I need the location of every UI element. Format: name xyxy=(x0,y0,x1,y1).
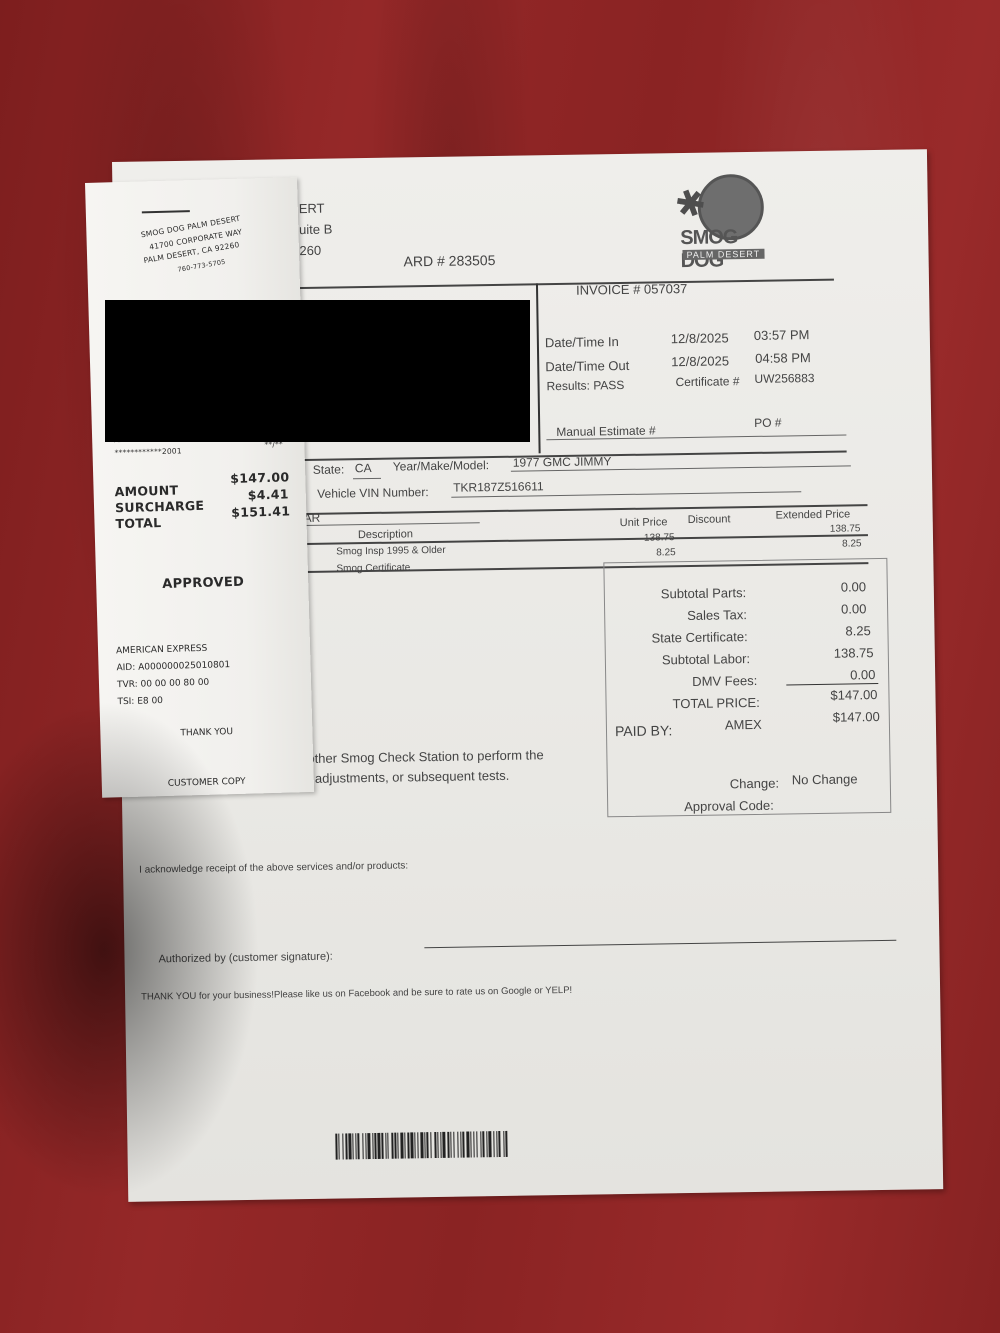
signature-line[interactable] xyxy=(424,940,896,948)
receipt-thank-you: THANK YOU xyxy=(180,727,233,738)
receipt-amount-value: $147.00 xyxy=(230,469,289,486)
total-price-label: TOTAL PRICE: xyxy=(672,695,759,711)
change-label: Change: xyxy=(730,776,779,792)
time-in: 03:57 PM xyxy=(754,327,810,343)
smog-dog-logo: ✱ SMOG DOG PALM DESERT xyxy=(667,174,778,266)
approval-code-label: Approval Code: xyxy=(684,798,774,814)
state-value: CA xyxy=(355,461,372,475)
subtotal-labor-label: Subtotal Labor: xyxy=(662,651,750,667)
ymm-label: Year/Make/Model: xyxy=(393,458,489,474)
total-price-value: $147.00 xyxy=(830,687,877,703)
disclaimer-line-1: other Smog Check Station to perform the xyxy=(307,747,544,766)
state-certificate-label: State Certificate: xyxy=(651,629,747,646)
totals-box: Subtotal Parts: 0.00 Sales Tax: 0.00 Sta… xyxy=(603,558,891,817)
row-extended-price: 138.75 xyxy=(830,523,861,534)
row-unit-price: 138.75 xyxy=(644,532,675,543)
receipt-card-brand: AMERICAN EXPRESS xyxy=(116,644,207,657)
receipt-aid: AID: A000000025010801 xyxy=(116,660,230,673)
footer-thank-you: THANK YOU for your business!Please like … xyxy=(141,985,572,1003)
po-label: PO # xyxy=(754,416,782,430)
state-certificate-value: 8.25 xyxy=(845,623,871,638)
receipt-total-label: TOTAL xyxy=(115,515,161,531)
change-value: No Change xyxy=(792,771,858,787)
row-description: Smog Certificate xyxy=(336,562,410,574)
date-time-out-label: Date/Time Out xyxy=(545,358,629,374)
receipt-tvr: TVR: 00 00 00 80 00 xyxy=(117,678,209,691)
state-underline xyxy=(353,478,381,479)
fragment-underline xyxy=(304,522,480,526)
paid-by-value: $147.00 xyxy=(833,709,880,725)
time-out: 04:58 PM xyxy=(755,350,811,366)
card-receipt: SMOG DOG PALM DESERT 41700 CORPORATE WAY… xyxy=(85,177,314,798)
certificate-label: Certificate # xyxy=(675,374,739,389)
header-divider xyxy=(536,283,541,453)
ard-number: ARD # 283505 xyxy=(403,252,495,269)
subtotal-parts-value: 0.00 xyxy=(841,579,867,594)
receipt-tsi: TSI: E8 00 xyxy=(117,696,163,707)
date-out: 12/8/2025 xyxy=(671,353,729,369)
col-unit-price: Unit Price xyxy=(620,516,668,529)
subtotal-parts-label: Subtotal Parts: xyxy=(661,585,747,601)
signature-label: Authorized by (customer signature): xyxy=(158,951,332,966)
results-pass: Results: PASS xyxy=(546,378,624,393)
acknowledge-text: I acknowledge receipt of the above servi… xyxy=(139,860,408,875)
subtotal-labor-value: 138.75 xyxy=(834,645,874,661)
col-description: Description xyxy=(358,528,413,541)
vin-label: Vehicle VIN Number: xyxy=(317,485,429,501)
barcode-bar xyxy=(507,1131,508,1157)
redaction-block xyxy=(105,300,530,442)
header-rule xyxy=(294,279,834,289)
receipt-surcharge-value: $4.41 xyxy=(248,486,289,502)
col-extended-price: Extended Price xyxy=(776,508,851,521)
sales-tax-label: Sales Tax: xyxy=(687,607,747,623)
invoice-number: INVOICE # 057037 xyxy=(576,281,688,298)
barcode xyxy=(335,1128,710,1160)
paid-by-label: PAID BY: xyxy=(615,722,673,739)
receipt-card-number: ************2001 xyxy=(114,446,182,457)
row-description: Smog Insp 1995 & Older xyxy=(336,545,446,558)
receipt-approved: APPROVED xyxy=(162,575,244,592)
receipt-top-mark xyxy=(142,210,190,213)
ymm-value: 1977 GMC JIMMY xyxy=(513,454,612,470)
header-fragment-2: uite B xyxy=(299,222,332,238)
receipt-total-value: $151.41 xyxy=(231,503,290,520)
sales-tax-value: 0.00 xyxy=(841,601,867,616)
receipt-amount-label: AMOUNT xyxy=(114,483,178,500)
receipt-surcharge-label: SURCHARGE xyxy=(115,498,205,515)
paid-by-method: AMEX xyxy=(725,717,762,733)
state-label: State: xyxy=(313,462,345,476)
date-time-in-label: Date/Time In xyxy=(545,334,619,350)
header-fragment-1: ERT xyxy=(299,201,325,216)
receipt-customer-copy: CUSTOMER COPY xyxy=(168,777,246,789)
logo-subtitle: PALM DESERT xyxy=(682,249,764,260)
table-row: Smog Insp 1995 & Older 138.75 138.75 xyxy=(112,149,927,162)
col-discount: Discount xyxy=(688,513,731,526)
receipt-phone: 760-773-5705 xyxy=(177,258,226,274)
date-in: 12/8/2025 xyxy=(671,330,729,346)
dmv-fees-value: 0.00 xyxy=(850,667,876,682)
total-rule xyxy=(786,683,878,685)
dmv-fees-label: DMV Fees: xyxy=(692,673,757,689)
certificate-number: UW256883 xyxy=(754,371,814,386)
row-extended-price: 8.25 xyxy=(842,538,862,549)
header-fragment-3: 260 xyxy=(299,243,321,258)
disclaimer-line-2: , adjustments, or subsequent tests. xyxy=(308,768,510,786)
row-unit-price: 8.25 xyxy=(656,547,676,558)
table-row: Smog Certificate 8.25 8.25 xyxy=(112,149,927,162)
vin-value: TKR187Z516611 xyxy=(453,479,544,494)
